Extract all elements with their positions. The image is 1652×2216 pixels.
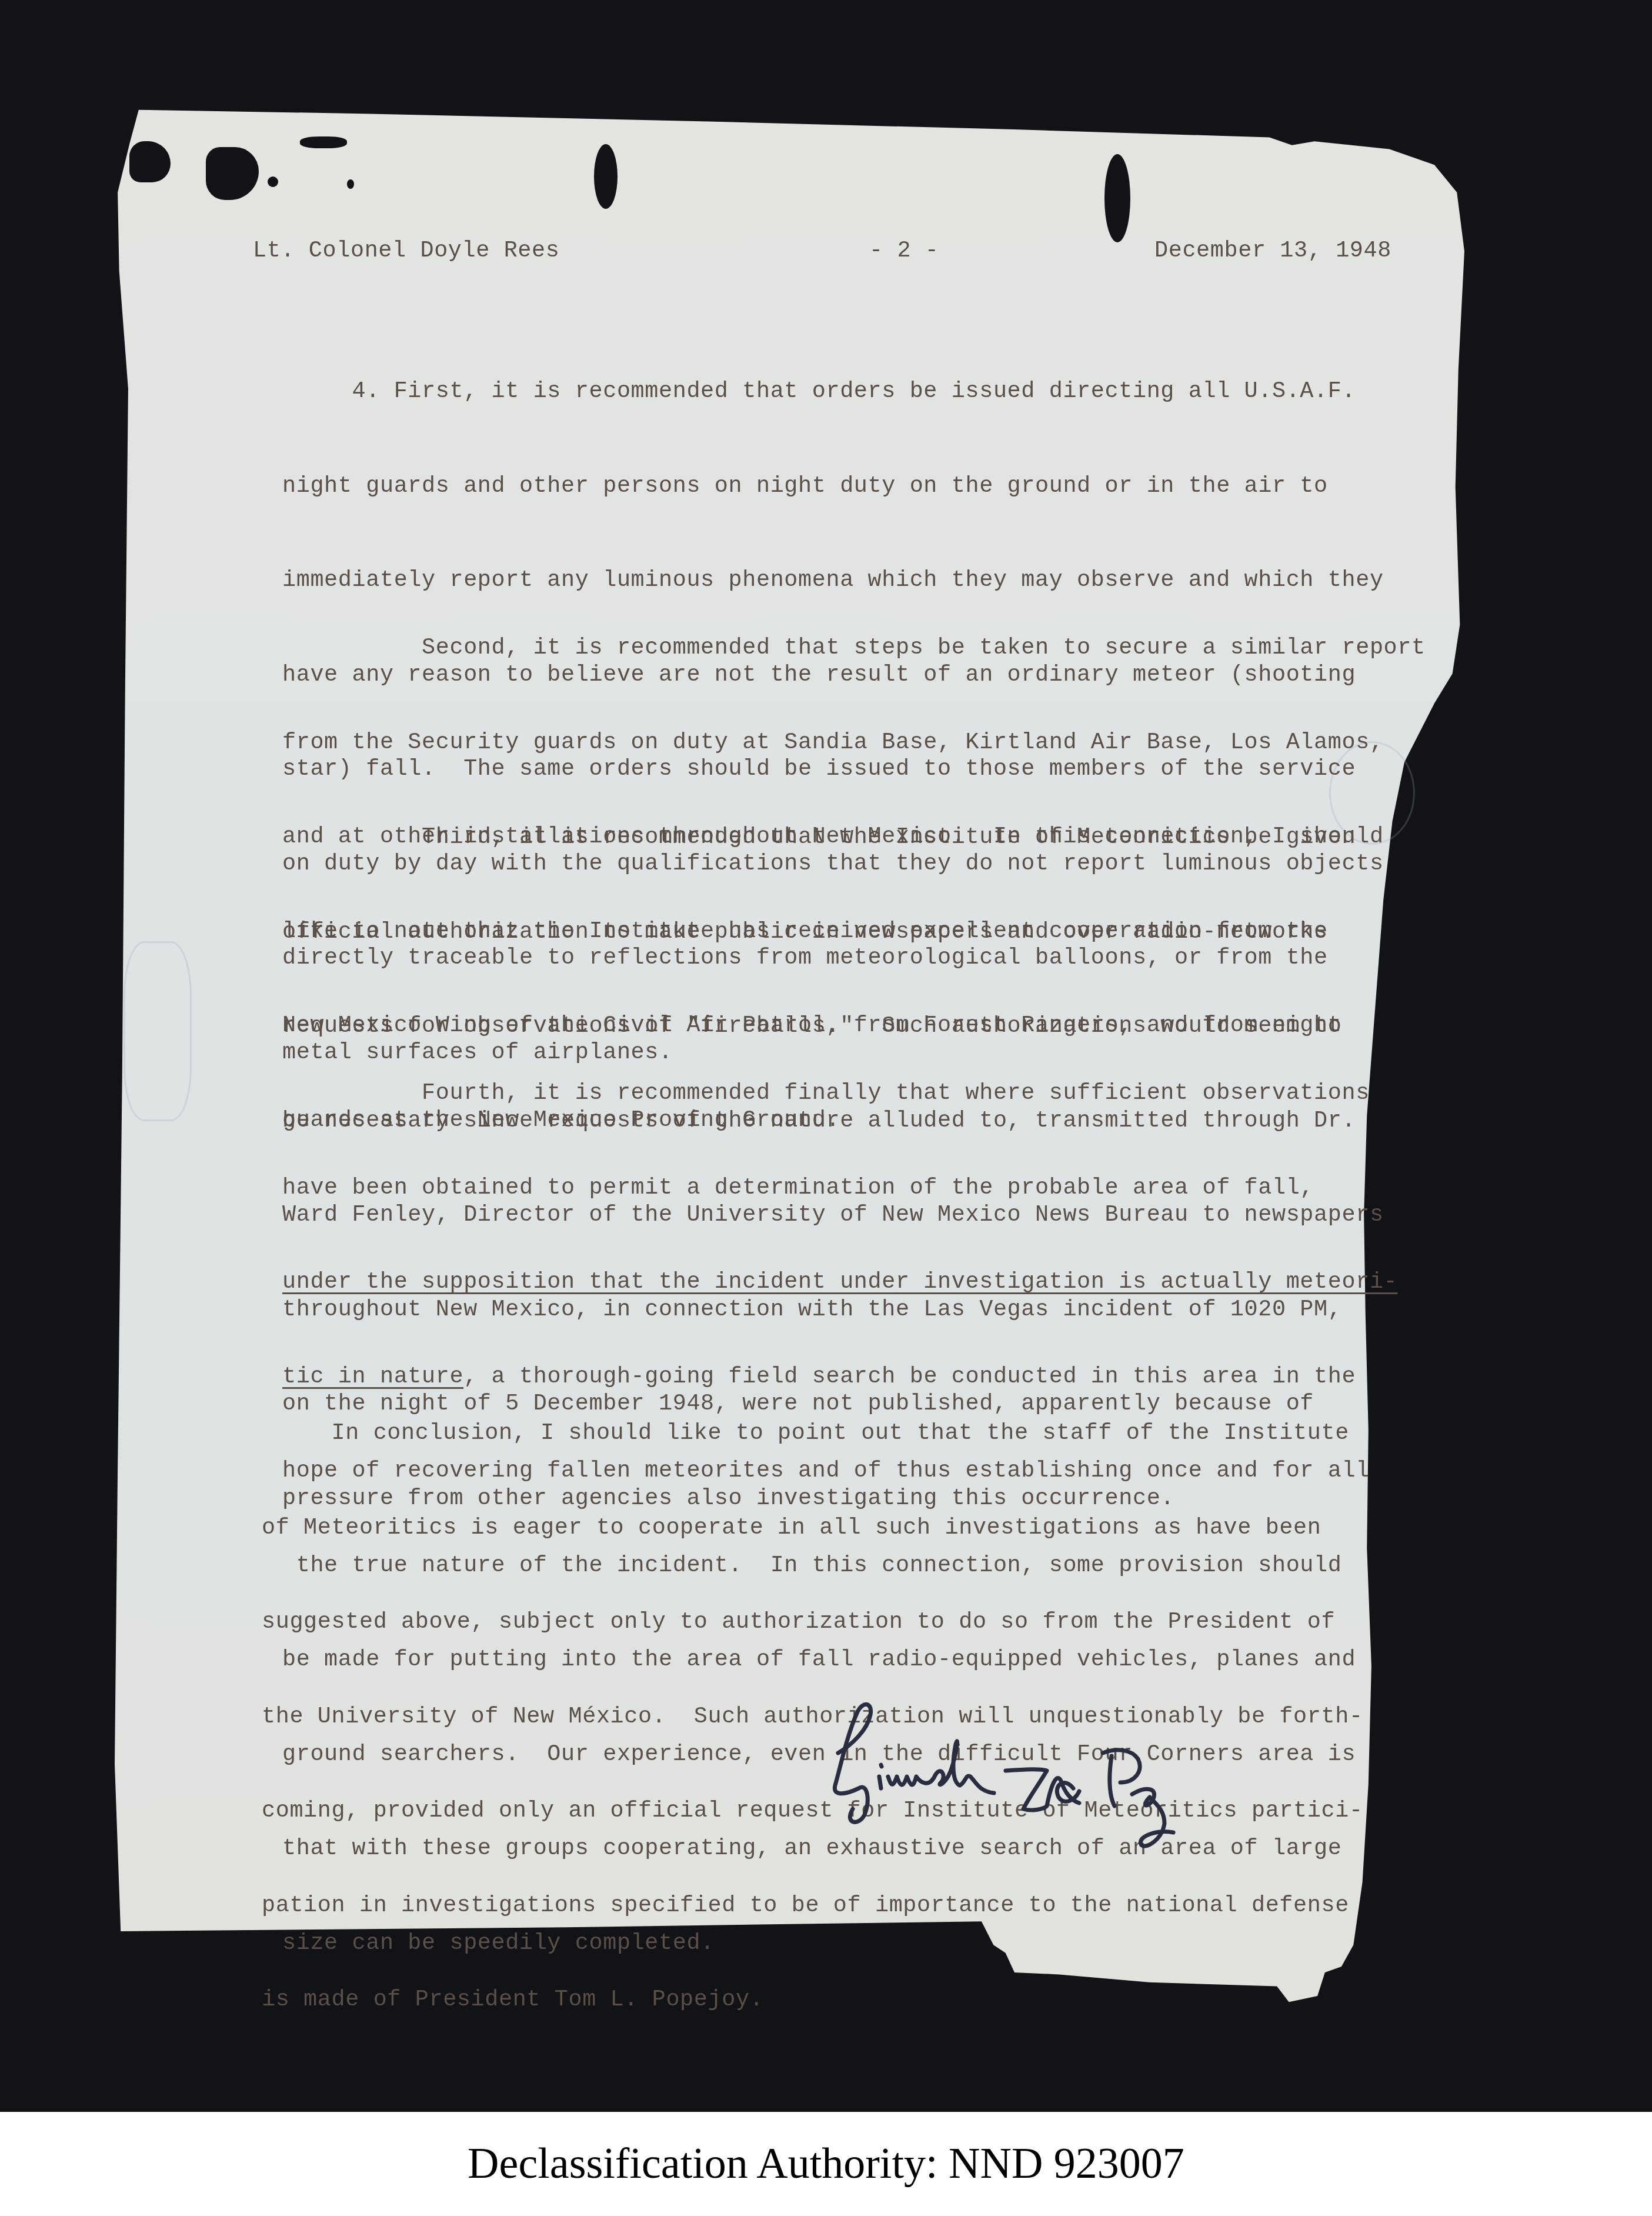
torn-edge-top-left-4: [268, 176, 278, 187]
text-line: 4. First, it is recommended that orders …: [282, 376, 1384, 408]
text-line: Third, it is recommended that the Instit…: [282, 822, 1384, 854]
text-line: have been obtained to permit a determina…: [282, 1172, 1397, 1204]
declassification-caption: Declassification Authority: NND 923007: [0, 2112, 1652, 2216]
torn-edge-top-left-3: [300, 136, 347, 148]
text-line: night guards and other persons on night …: [282, 471, 1384, 502]
punch-hole-right: [1104, 154, 1130, 242]
text-line: Second, it is recommended that steps be …: [282, 632, 1426, 664]
text-line: In conclusion, I should like to point ou…: [262, 1418, 1363, 1449]
text-line: of Meteoritics is eager to cooperate in …: [262, 1512, 1363, 1544]
bleed-through-mark-2: [124, 941, 192, 1121]
text-line: official authorization to make public in…: [282, 917, 1384, 948]
text-line: from the Security guards on duty at Sand…: [282, 727, 1426, 759]
torn-edge-top-left-5: [347, 179, 354, 189]
text-line: Fourth, it is recommended finally that w…: [282, 1078, 1397, 1109]
signature-scribble-icon: [812, 1688, 1364, 1865]
header-page-number: - 2 -: [869, 238, 939, 264]
header-date: December 13, 1948: [1154, 238, 1391, 264]
header-recipient: Lt. Colonel Doyle Rees: [253, 238, 559, 264]
underlined-text-line: under the supposition that the incident …: [282, 1267, 1397, 1298]
text-line: suggested above, subject only to authori…: [262, 1607, 1363, 1638]
punch-hole-left: [594, 144, 618, 209]
text-line: is made of President Tom L. Popejoy.: [262, 1984, 1363, 2016]
text-line: pation in investigations specified to be…: [262, 1890, 1363, 1922]
signature: [812, 1688, 1364, 1865]
letter-header: Lt. Colonel Doyle Rees - 2 - December 13…: [253, 238, 1406, 273]
